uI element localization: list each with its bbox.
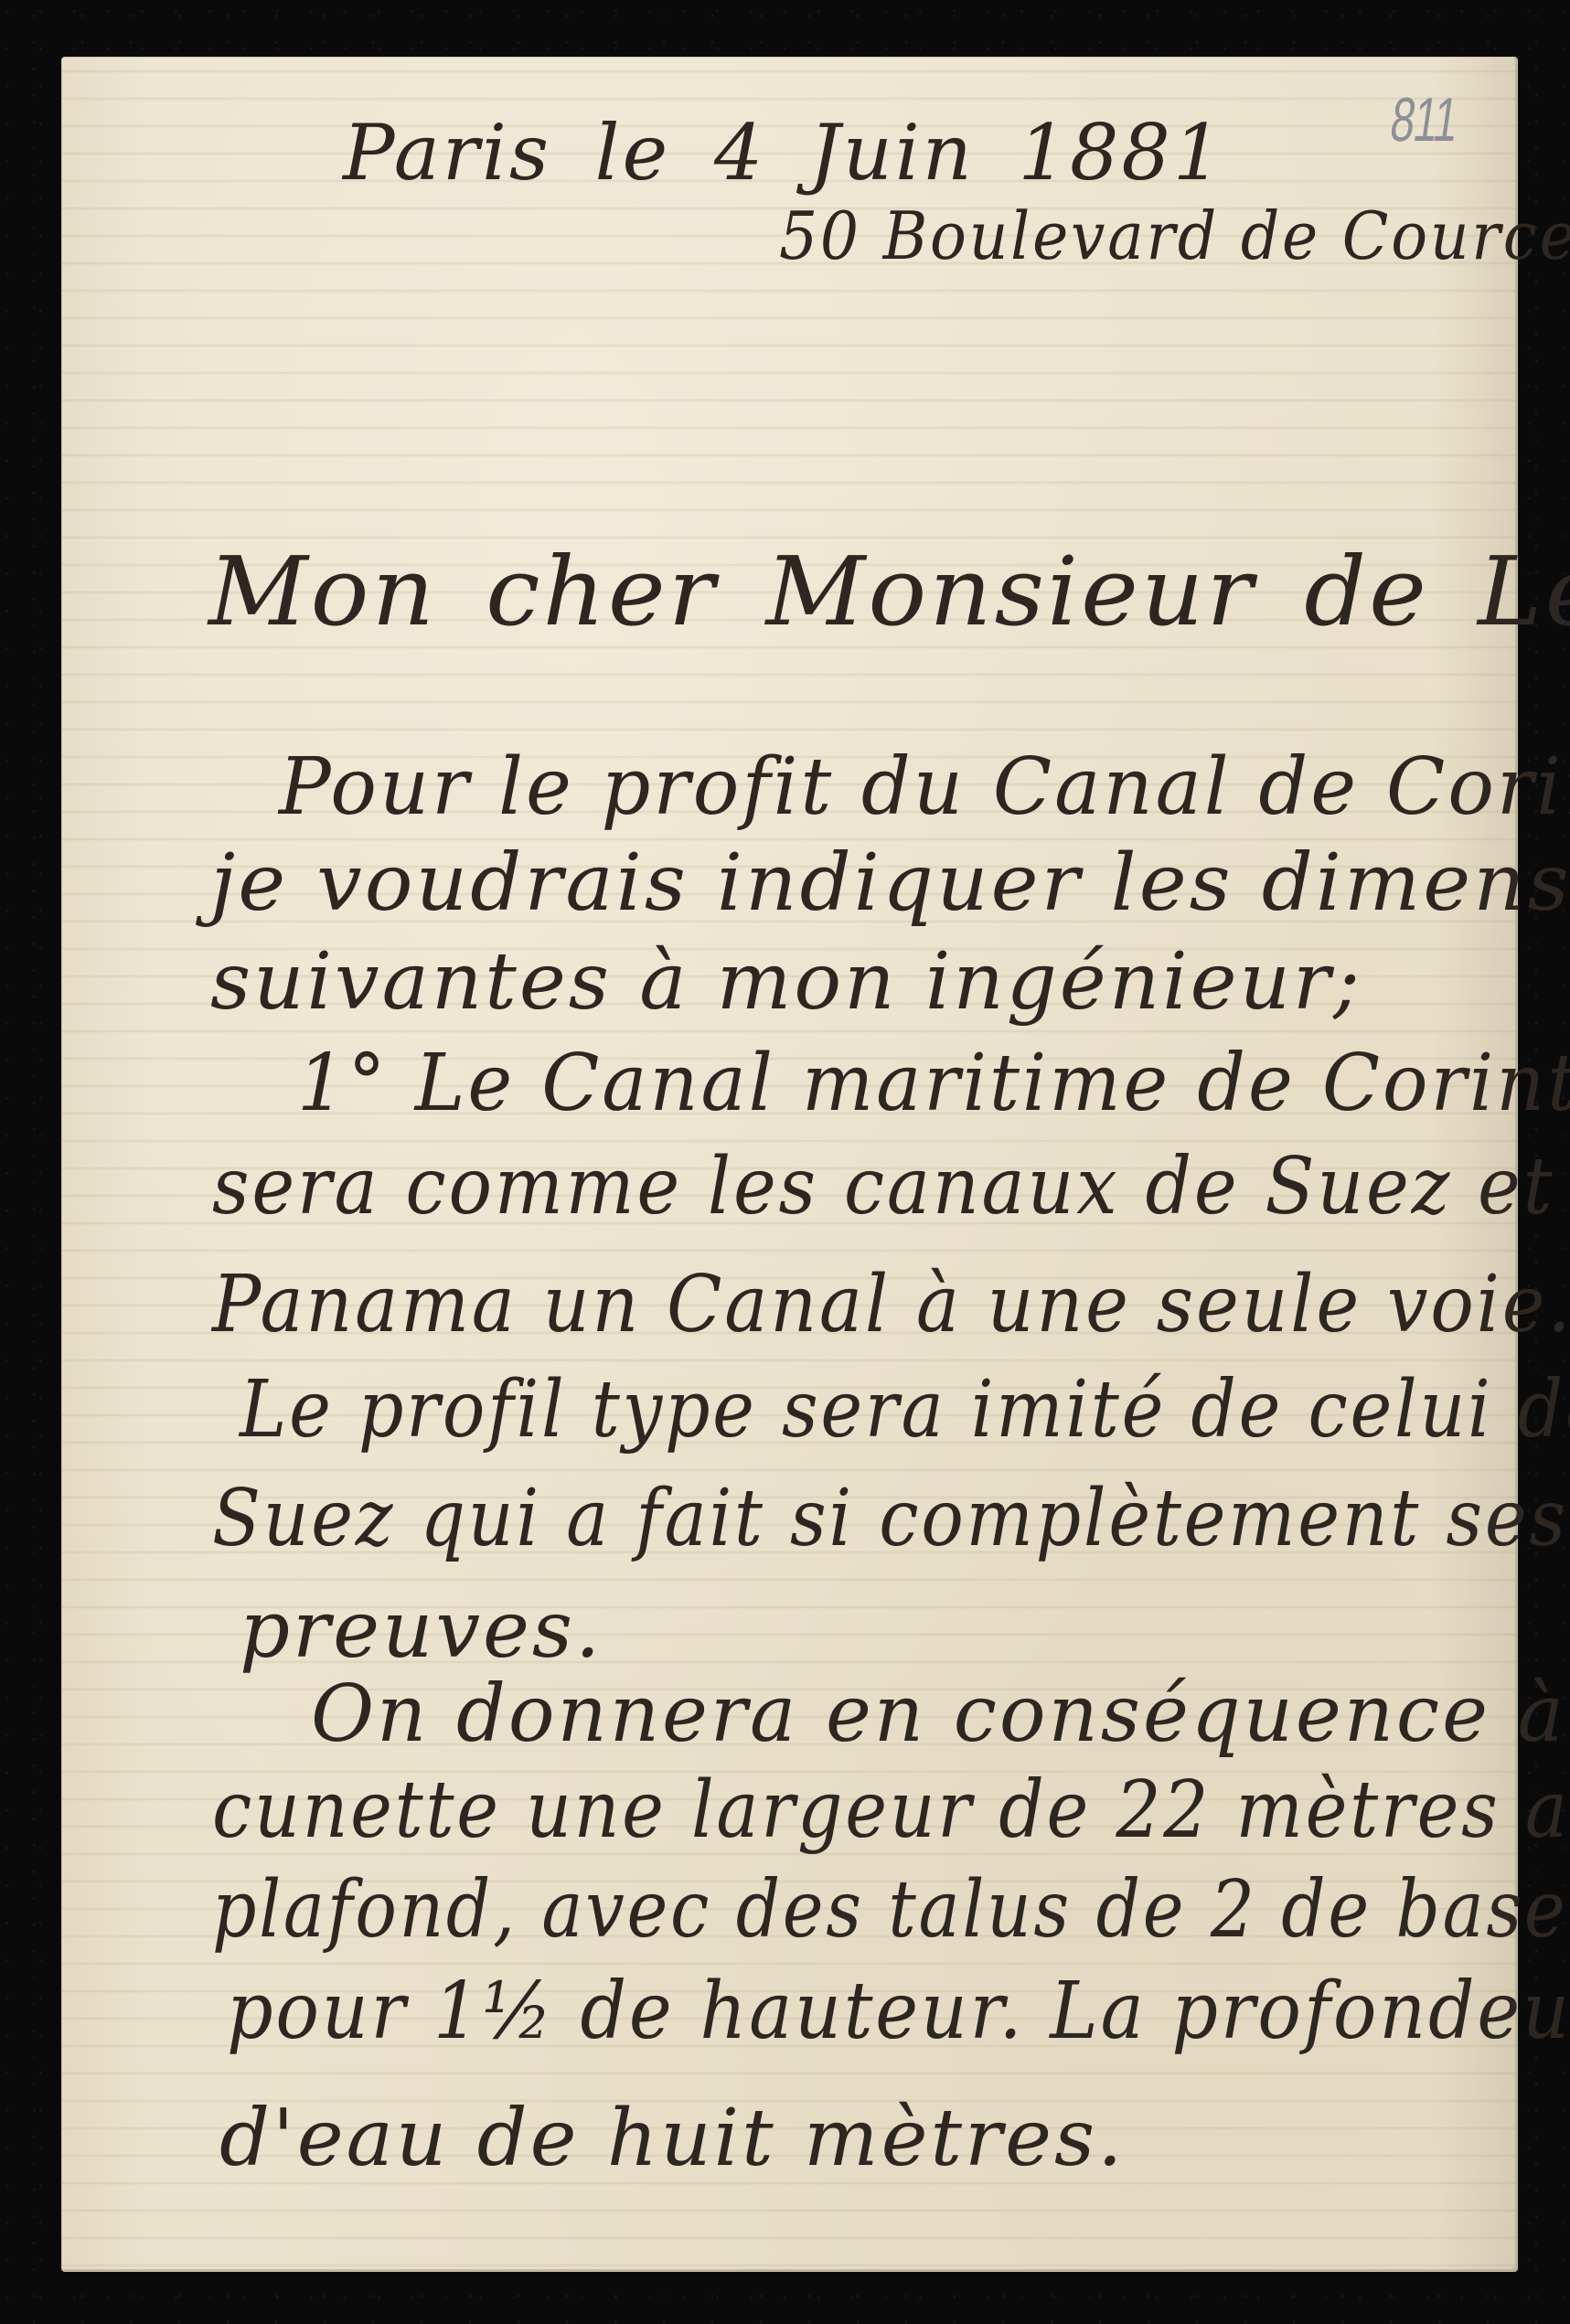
body-line-10: On donnera en conséquence à la: [311, 1675, 1570, 1754]
body-line-8: Suez qui a fait si complètement ses: [212, 1479, 1568, 1558]
body-line-7: Le profil type sera imité de celui de: [240, 1370, 1570, 1449]
body-line-5: sera comme les canaux de Suez et de: [212, 1147, 1570, 1226]
folio-number: 811: [1386, 84, 1462, 155]
body-line-13: pour 1½ de hauteur. La profondeur: [227, 1972, 1570, 2051]
body-line-11: cunette une largeur de 22 mètres au: [212, 1771, 1570, 1850]
place-date-line: Paris le 4 Juin 1881: [343, 114, 1224, 191]
body-line-9: preuves.: [240, 1591, 603, 1669]
body-line-1: Pour le profit du Canal de Corinthe,: [279, 748, 1570, 826]
body-line-2: je voudrais indiquer les dimensions: [210, 844, 1570, 922]
sender-address: 50 Boulevard de Courcelles: [779, 203, 1570, 269]
body-line-6: Panama un Canal à une seule voie.: [212, 1265, 1570, 1344]
body-line-3: suivantes à mon ingénieur;: [210, 943, 1362, 1021]
body-line-4: 1° Le Canal maritime de Corinthe: [297, 1044, 1570, 1123]
body-line-14: d'eau de huit mètres.: [219, 2099, 1126, 2178]
body-line-12: plafond, avec des talus de 2 de base: [212, 1871, 1567, 1949]
salutation: Mon cher Monsieur de Lesseps: [208, 544, 1570, 639]
